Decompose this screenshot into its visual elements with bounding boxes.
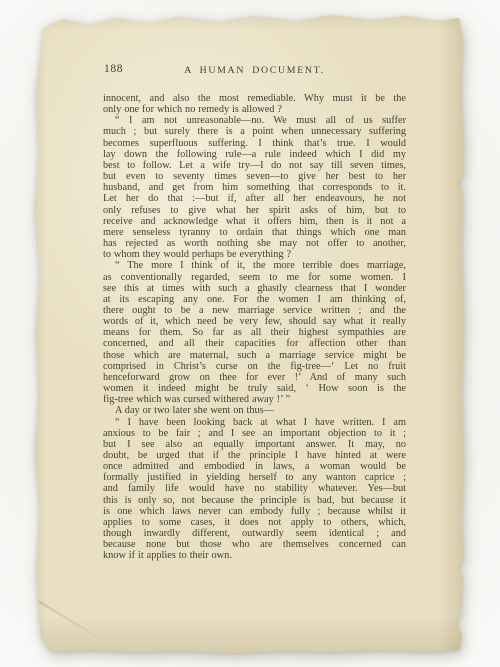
text-line: “ I have been looking back at what I hav…: [103, 417, 406, 428]
text-line: applies to some cases, it does not apply…: [103, 517, 406, 528]
text-line: Let her do that :—but if, after all her …: [103, 193, 406, 204]
text-line: to whom they would perhaps be everything…: [103, 249, 406, 260]
text-line: receive and acknowledge what it offers h…: [103, 216, 406, 227]
text-line: has rejected as worth nothing she may no…: [103, 238, 406, 249]
text-line: because none but those who are themselve…: [103, 539, 406, 550]
text-line: words of it, which need be very few, sho…: [103, 316, 406, 327]
text-line: husband, and get from him something that…: [103, 182, 406, 193]
paragraph: “ I have been looking back at what I hav…: [103, 417, 406, 562]
text-line: there ought to be a new marriage service…: [103, 305, 406, 316]
page-header: 188 A HUMAN DOCUMENT.: [103, 63, 406, 81]
paragraph: A day or two later she went on thus—: [103, 405, 406, 416]
text-line: is one which laws never can embody fully…: [103, 506, 406, 517]
text-line: know if it applies to their own.: [103, 550, 406, 561]
paragraph: “ I am not unreasonable—no. We must all …: [103, 115, 406, 260]
text-line: though inwardly different, outwardly see…: [103, 528, 406, 539]
text-line: “ The more I think of it, the more terri…: [103, 260, 406, 271]
text-line: and family life would have no stability …: [103, 483, 406, 494]
text-line: fig-tree which was cursed withered away …: [103, 394, 406, 405]
text-line: concerned, and all their capacities for …: [103, 338, 406, 349]
text-line: means for them. So far as all their high…: [103, 327, 406, 338]
text-line: anxious to be fair ; and I see an import…: [103, 428, 406, 439]
text-line: innocent, and also the most remediable. …: [103, 93, 406, 104]
text-line: but I see also an equally important answ…: [103, 439, 406, 450]
text-line: this is only so, not because the princip…: [103, 495, 406, 506]
text-line: much ; but surely there is a point when …: [103, 126, 406, 137]
text-line: once admitted and embodied in laws, a wo…: [103, 461, 406, 472]
text-line: becomes superfluous suffering. I think t…: [103, 138, 406, 149]
text-line: as conventionally regarded, seem to me f…: [103, 272, 406, 283]
text-line: A day or two later she went on thus—: [103, 405, 406, 416]
book-page: 188 A HUMAN DOCUMENT. innocent, and also…: [33, 12, 465, 653]
text-line: “ I am not unreasonable—no. We must all …: [103, 115, 406, 126]
text-line: formally justified in yielding herself t…: [103, 472, 406, 483]
paragraph: “ The more I think of it, the more terri…: [103, 260, 406, 405]
page-crease: [34, 598, 104, 641]
text-line: see this at times with such a ghastly cl…: [103, 283, 406, 294]
text-line: comprised in Christ’s curse on the fig-t…: [103, 361, 406, 372]
text-line: mere senseless tyranny to ordain that th…: [103, 227, 406, 238]
text-line: henceforward grow on thee for ever !’ An…: [103, 372, 406, 383]
text-line: at its escaping any one. For the women I…: [103, 294, 406, 305]
text-line: best to follow. Let a wife try—I do not …: [103, 160, 406, 171]
photo-background: 188 A HUMAN DOCUMENT. innocent, and also…: [0, 0, 500, 667]
text-line: doubt, be urged that if the principle I …: [103, 450, 406, 461]
body-text: innocent, and also the most remediable. …: [103, 93, 406, 562]
text-line: only one for which no remedy is allowed …: [103, 104, 406, 115]
text-line: only refuses to give what her spirit ask…: [103, 205, 406, 216]
running-title: A HUMAN DOCUMENT.: [103, 65, 406, 76]
text-line: but even to seventy times seven—to give …: [103, 171, 406, 182]
book-page-wrapper: 188 A HUMAN DOCUMENT. innocent, and also…: [33, 12, 465, 653]
paragraph: innocent, and also the most remediable. …: [103, 93, 406, 115]
text-line: women it indeed might be truly said, ‘ H…: [103, 383, 406, 394]
text-line: lay down the following rule—a rule indee…: [103, 149, 406, 160]
text-line: those which are maternal, such a marriag…: [103, 350, 406, 361]
